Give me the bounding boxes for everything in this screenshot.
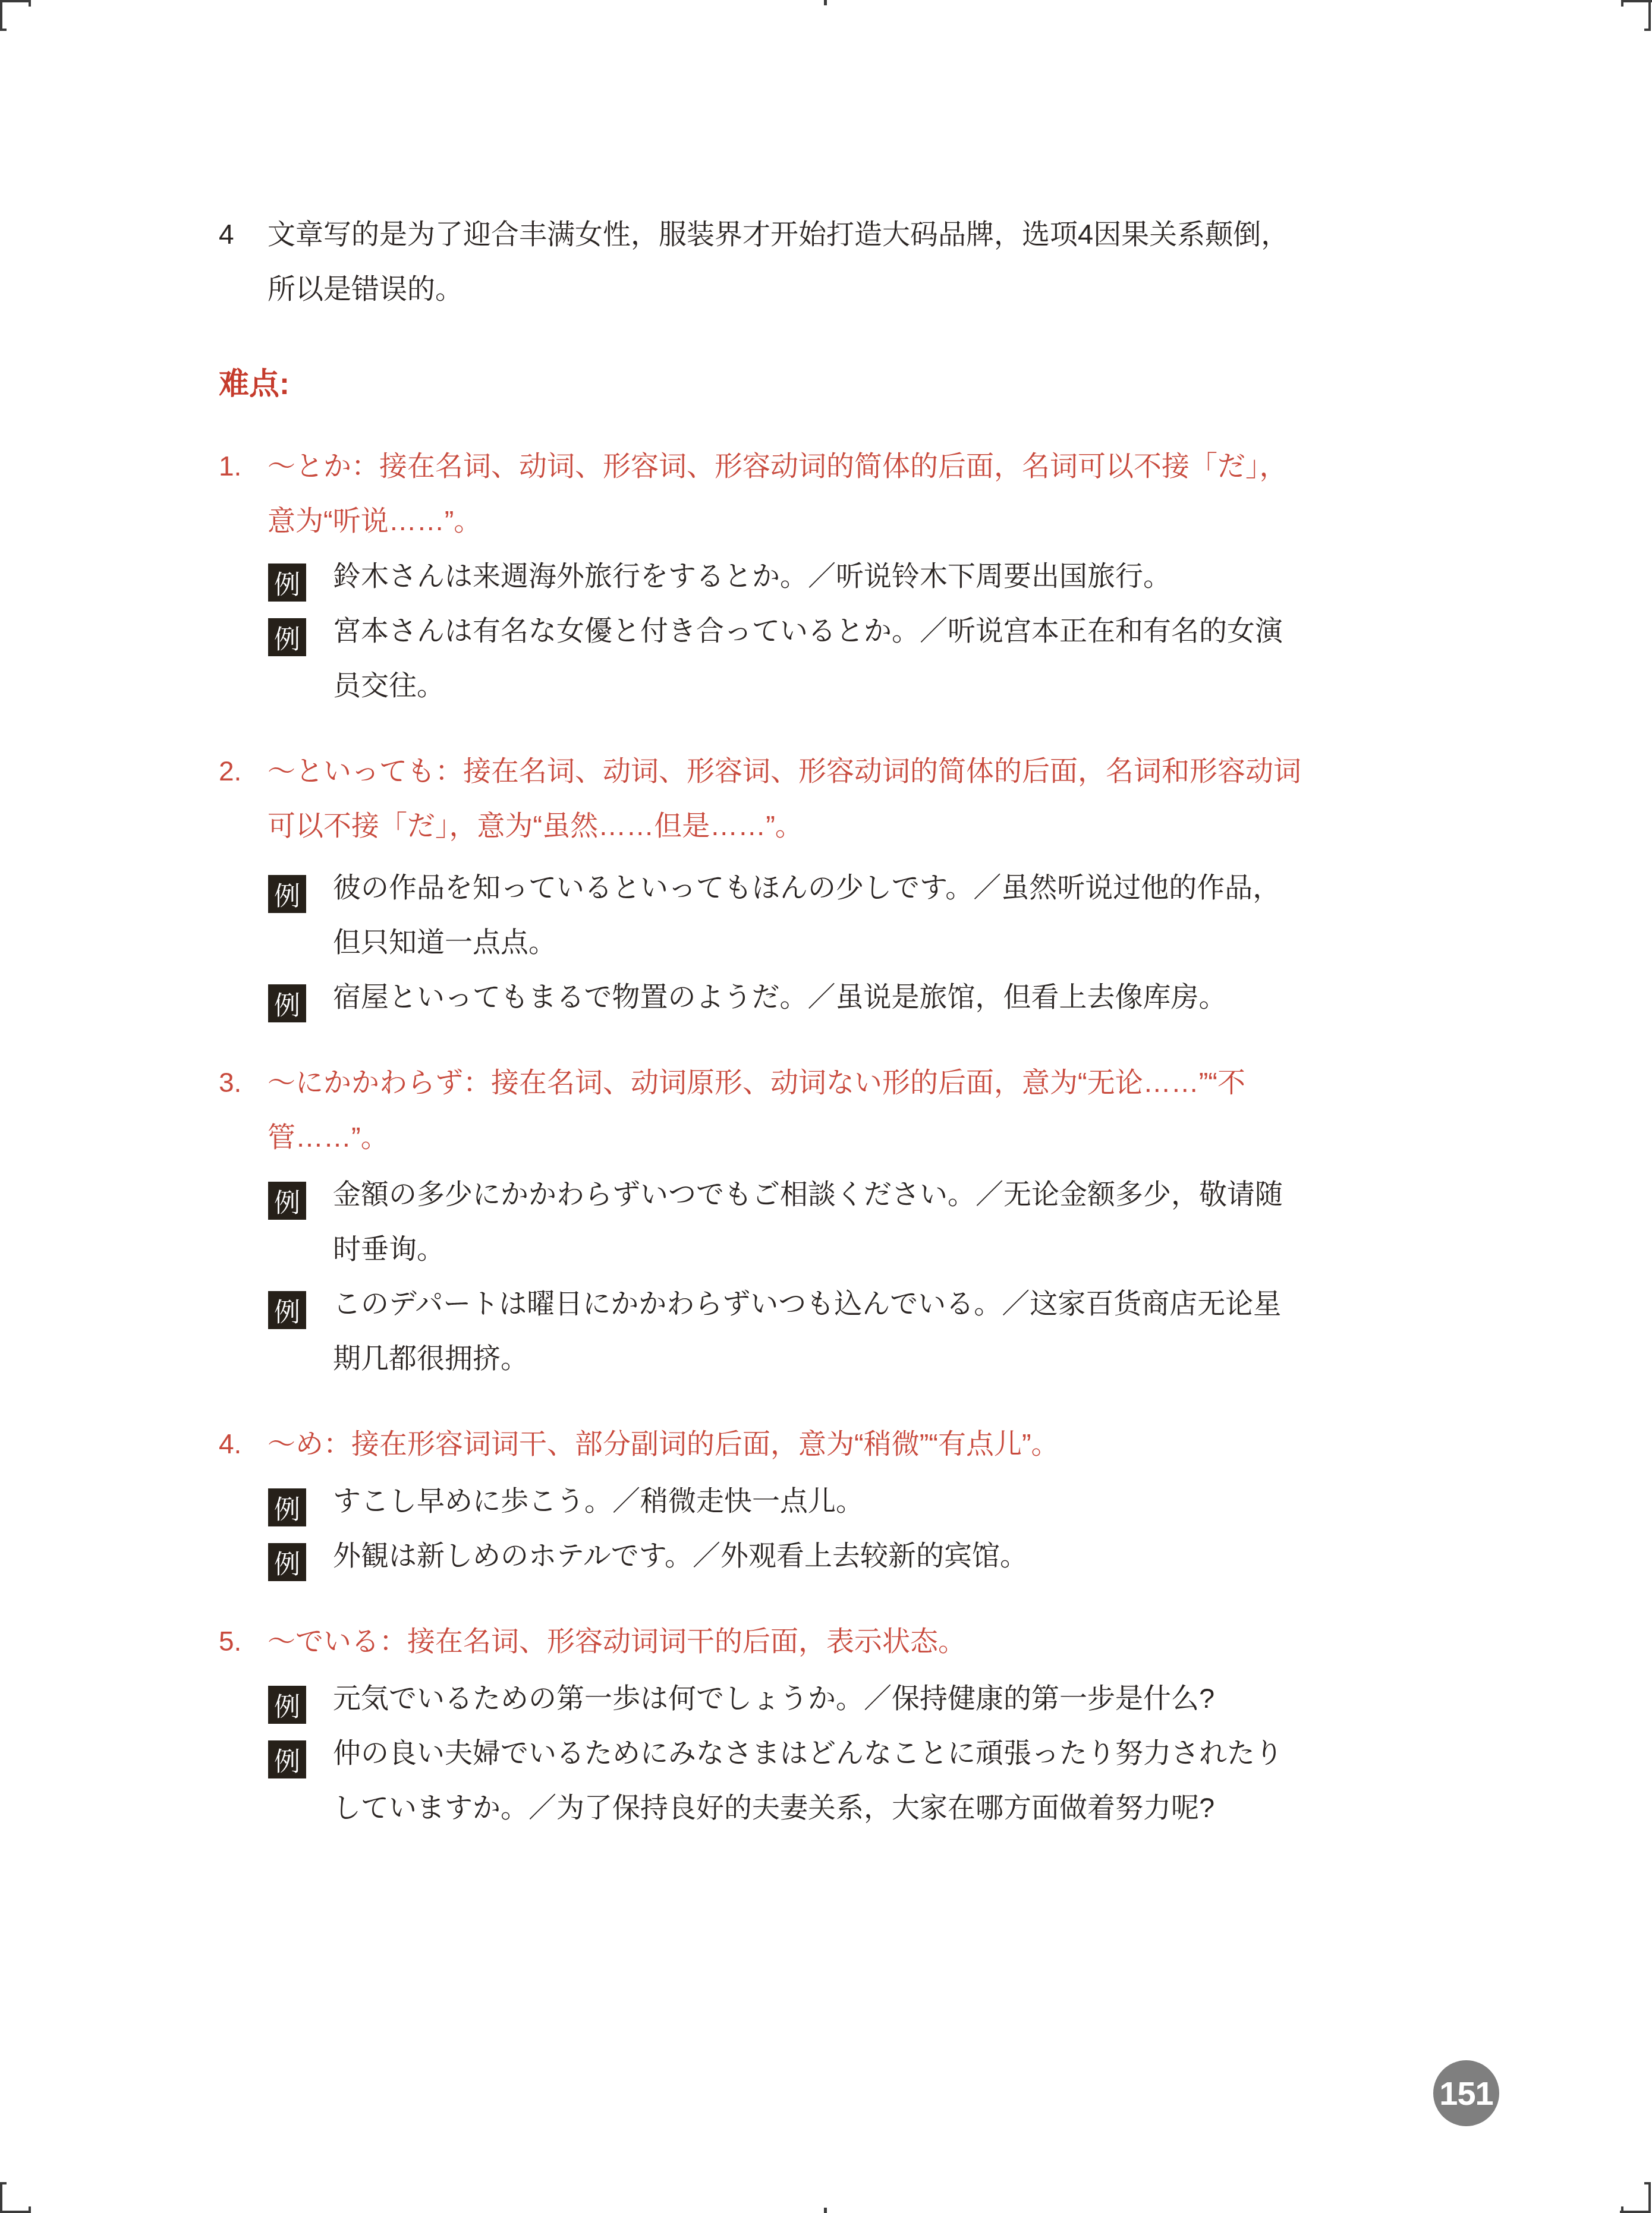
- page-number-badge: 151: [1433, 2060, 1499, 2126]
- crop-mark-bottom-left-h: [0, 2211, 31, 2213]
- answer-note-line: 文章写的是为了迎合丰满女性，服装界才开始打造大码品牌，选项4因果关系颠倒，: [268, 207, 1289, 262]
- example-row: 例 金額の多少にかかわらずいつでもご相談ください。／无论金额多少，敬请随 时垂询…: [268, 1167, 1283, 1276]
- crop-mark-bottom-left-h-tick: [29, 2206, 31, 2213]
- item-number: 3.: [219, 1055, 241, 1110]
- example-text-line: すこし早めに歩こう。／稍微走快一点儿。: [333, 1474, 864, 1528]
- answer-note-line: 所以是错误的。: [268, 262, 1289, 316]
- section-heading: 难点:: [219, 366, 290, 402]
- crop-mark-top-left-v-tick: [0, 29, 7, 31]
- example-row: 例 宮本さんは有名な女優と付き合っているとか。／听说宫本正在和有名的女演 员交往…: [268, 603, 1283, 713]
- item-number: 4.: [219, 1416, 241, 1471]
- crop-mark-bottom-right-h: [1620, 2211, 1651, 2213]
- example-badge: 例: [268, 1488, 306, 1526]
- crop-mark-bottom-right-h-tick: [1621, 2206, 1623, 2213]
- example-text-line: 彼の作品を知っているといってもほんの少しです。／虽然听说过他的作品，: [333, 860, 1280, 915]
- example-text-line: 仲の良い夫婦でいるためにみなさまはどんなことに頑張ったり努力されたり: [333, 1726, 1283, 1780]
- grammar-item-2: 2. ～といっても：接在名词、动词、形容词、形容动词的简体的后面，名词和形容动词…: [219, 744, 1301, 853]
- textbook-page: 4 文章写的是为了迎合丰满女性，服装界才开始打造大码品牌，选项4因果关系颠倒， …: [0, 0, 1652, 2213]
- crop-mark-bottom-left-v-tick: [0, 2182, 7, 2184]
- grammar-item-1: 1. ～とか：接在名词、动词、形容词、形容动词的简体的后面，名词可以不接「だ」，…: [219, 439, 1288, 548]
- example-text-line: 宮本さんは有名な女優と付き合っているとか。／听说宫本正在和有名的女演: [333, 603, 1283, 658]
- example-text-line: 时垂询。: [333, 1222, 1283, 1276]
- example-row: 例 彼の作品を知っているといってもほんの少しです。／虽然听说过他的作品， 但只知…: [268, 860, 1280, 969]
- example-row: 例 すこし早めに歩こう。／稍微走快一点儿。: [268, 1474, 864, 1528]
- example-badge: 例: [268, 1182, 306, 1220]
- crop-mark-top-center-tick: [824, 0, 827, 5]
- crop-mark-bottom-right-v: [1648, 2182, 1651, 2213]
- example-row: 例 元気でいるための第一歩は何でしょうか。／保持健康的第一步是什么?: [268, 1671, 1214, 1726]
- example-row: 例 仲の良い夫婦でいるためにみなさまはどんなことに頑張ったり努力されたり してい…: [268, 1726, 1283, 1835]
- crop-mark-top-left-h-tick: [29, 0, 31, 7]
- example-text-line: このデパートは曜日にかかわらずいつも込んでいる。／这家百货商店无论星: [333, 1276, 1281, 1331]
- example-badge: 例: [268, 1291, 306, 1329]
- item-number: 5.: [219, 1614, 241, 1669]
- grammar-item-3: 3. ～にかかわらず：接在名词、动词原形、动词ない形的后面，意为“无论……”“不…: [219, 1055, 1245, 1164]
- example-row: 例 外観は新しめのホテルです。／外观看上去较新的宾馆。: [268, 1528, 1028, 1583]
- example-text-line: 元気でいるための第一歩は何でしょうか。／保持健康的第一步是什么?: [333, 1671, 1214, 1726]
- answer-note: 4 文章写的是为了迎合丰满女性，服装界才开始打造大码品牌，选项4因果关系颠倒， …: [219, 207, 1289, 316]
- crop-mark-top-right-v: [1648, 0, 1651, 31]
- example-row: 例 宿屋といってもまるで物置のようだ。／虽说是旅馆，但看上去像库房。: [268, 969, 1227, 1024]
- crop-mark-top-right-v-tick: [1644, 29, 1651, 31]
- item-heading-line: ～といっても：接在名词、动词、形容词、形容动词的简体的后面，名词和形容动词: [268, 744, 1301, 798]
- example-text-line: 宿屋といってもまるで物置のようだ。／虽说是旅馆，但看上去像库房。: [333, 969, 1227, 1024]
- crop-mark-top-right-h: [1621, 0, 1652, 2]
- example-text-line: 但只知道一点点。: [333, 915, 1280, 969]
- item-heading-line: ～でいる：接在名词、形容动词词干的后面，表示状态。: [268, 1614, 966, 1669]
- crop-mark-top-left-h: [0, 0, 31, 2]
- item-number: 1.: [219, 439, 241, 493]
- crop-mark-top-left-v: [0, 0, 2, 31]
- item-heading-line: ～にかかわらず：接在名词、动词原形、动词ない形的后面，意为“无论……”“不: [268, 1055, 1245, 1110]
- item-heading-line: 管……”。: [268, 1110, 1245, 1164]
- example-text-line: 外観は新しめのホテルです。／外观看上去较新的宾馆。: [333, 1528, 1028, 1583]
- example-text-line: 鈴木さんは来週海外旅行をするとか。／听说铃木下周要出国旅行。: [333, 549, 1171, 603]
- crop-mark-bottom-left-v: [0, 2182, 2, 2213]
- item-heading-line: 可以不接「だ」，意为“虽然……但是……”。: [268, 798, 1301, 853]
- item-heading-line: ～とか：接在名词、动词、形容词、形容动词的简体的后面，名词可以不接「だ」，: [268, 439, 1288, 493]
- example-text-line: 金額の多少にかかわらずいつでもご相談ください。／无论金额多少，敬请随: [333, 1167, 1283, 1222]
- example-badge: 例: [268, 1686, 306, 1724]
- answer-note-number: 4: [219, 207, 234, 262]
- example-text-line: していますか。／为了保持良好的夫妻关系，大家在哪方面做着努力呢?: [333, 1780, 1283, 1835]
- crop-mark-bottom-center-tick: [824, 2208, 827, 2213]
- item-number: 2.: [219, 744, 241, 798]
- example-badge: 例: [268, 984, 306, 1022]
- example-badge: 例: [268, 875, 306, 913]
- item-heading-line: 意为“听说……”。: [268, 493, 1288, 548]
- example-text-line: 员交往。: [333, 658, 1283, 713]
- example-badge: 例: [268, 618, 306, 656]
- example-row: 例 鈴木さんは来週海外旅行をするとか。／听说铃木下周要出国旅行。: [268, 549, 1171, 603]
- item-heading-line: ～め：接在形容词词干、部分副词的后面，意为“稍微”“有点儿”。: [268, 1416, 1059, 1471]
- crop-mark-bottom-right-v-tick: [1644, 2182, 1651, 2184]
- crop-mark-top-right-h-tick: [1621, 0, 1623, 7]
- example-badge: 例: [268, 564, 306, 602]
- example-row: 例 このデパートは曜日にかかわらずいつも込んでいる。／这家百货商店无论星 期几都…: [268, 1276, 1281, 1386]
- grammar-item-5: 5. ～でいる：接在名词、形容动词词干的后面，表示状态。: [219, 1614, 966, 1669]
- example-text-line: 期几都很拥挤。: [333, 1331, 1281, 1386]
- example-badge: 例: [268, 1543, 306, 1581]
- grammar-item-4: 4. ～め：接在形容词词干、部分副词的后面，意为“稍微”“有点儿”。: [219, 1416, 1059, 1471]
- example-badge: 例: [268, 1740, 306, 1778]
